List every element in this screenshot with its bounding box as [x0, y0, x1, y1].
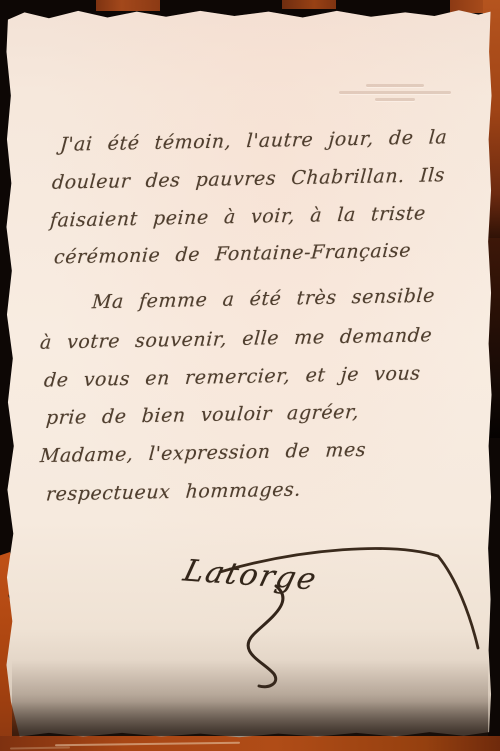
- wood-frame-top-center: [282, 0, 336, 9]
- embossed-letterhead: [332, 84, 458, 112]
- emboss-line: [375, 98, 415, 101]
- wood-frame-top-left: [96, 0, 160, 11]
- signature-block: Latorge: [172, 536, 497, 696]
- emboss-line: [339, 91, 451, 94]
- emboss-line: [366, 84, 424, 87]
- photo-of-handwritten-letter: J'ai été témoin, l'autre jour, de la dou…: [0, 0, 500, 751]
